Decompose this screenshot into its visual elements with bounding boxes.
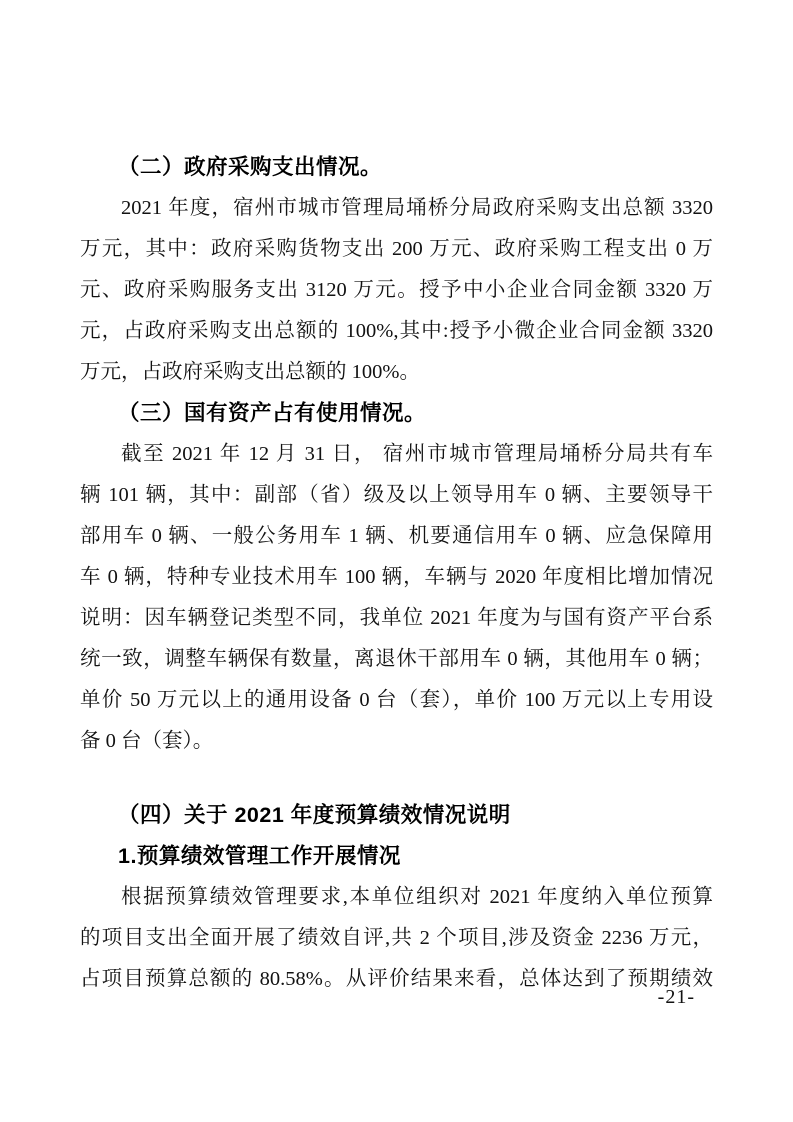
text-line: 元，占政府采购支出总额的 100%,其中:授予小微企业合同金额 3320 bbox=[80, 311, 713, 352]
section-state-assets: （三）国有资产占有使用情况。 截至 2021 年 12 月 31 日， 宿州市城… bbox=[80, 393, 713, 762]
text-line: 元、政府采购服务支出 3120 万元。授予中小企业合同金额 3320 万 bbox=[80, 270, 713, 311]
section-budget-performance: （四）关于 2021 年度预算绩效情况说明 1.预算绩效管理工作开展情况 根据预… bbox=[80, 795, 713, 1000]
text-line: 万元，其中：政府采购货物支出 200 万元、政府采购工程支出 0 万 bbox=[80, 229, 713, 270]
section-gap bbox=[80, 762, 713, 795]
text-line: 说明：因车辆登记类型不同，我单位 2021 年度为与国有资产平台系 bbox=[80, 598, 713, 639]
text-line: 单价 50 万元以上的通用设备 0 台（套），单价 100 万元以上专用设 bbox=[80, 680, 713, 721]
document-page: （二）政府采购支出情况。 2021 年度，宿州市城市管理局埇桥分局政府采购支出总… bbox=[0, 0, 793, 1122]
page-number: -21- bbox=[658, 984, 695, 1010]
text-line: 万元，占政府采购支出总额的 100%。 bbox=[80, 352, 713, 393]
text-line: 备 0 台（套）。 bbox=[80, 721, 713, 762]
section-heading: （二）政府采购支出情况。 bbox=[80, 147, 713, 188]
text-line: 辆 101 辆，其中：副部（省）级及以上领导用车 0 辆、主要领导干 bbox=[80, 475, 713, 516]
text-line: 车 0 辆，特种专业技术用车 100 辆，车辆与 2020 年度相比增加情况 bbox=[80, 557, 713, 598]
text-line: 占项目预算总额的 80.58%。从评价结果来看，总体达到了预期绩效 bbox=[80, 959, 713, 1000]
text-line: 的项目支出全面开展了绩效自评,共 2 个项目,涉及资金 2236 万元， bbox=[80, 918, 713, 959]
text-line: 2021 年度，宿州市城市管理局埇桥分局政府采购支出总额 3320 bbox=[80, 188, 713, 229]
text-line: 根据预算绩效管理要求,本单位组织对 2021 年度纳入单位预算 bbox=[80, 877, 713, 918]
section-heading: （四）关于 2021 年度预算绩效情况说明 bbox=[80, 795, 713, 836]
section-subheading: 1.预算绩效管理工作开展情况 bbox=[80, 836, 713, 877]
section-heading: （三）国有资产占有使用情况。 bbox=[80, 393, 713, 434]
text-line: 部用车 0 辆、一般公务用车 1 辆、机要通信用车 0 辆、应急保障用 bbox=[80, 516, 713, 557]
section-government-procurement: （二）政府采购支出情况。 2021 年度，宿州市城市管理局埇桥分局政府采购支出总… bbox=[80, 147, 713, 393]
text-line: 截至 2021 年 12 月 31 日， 宿州市城市管理局埇桥分局共有车 bbox=[80, 434, 713, 475]
text-line: 统一致，调整车辆保有数量，离退休干部用车 0 辆，其他用车 0 辆； bbox=[80, 639, 713, 680]
